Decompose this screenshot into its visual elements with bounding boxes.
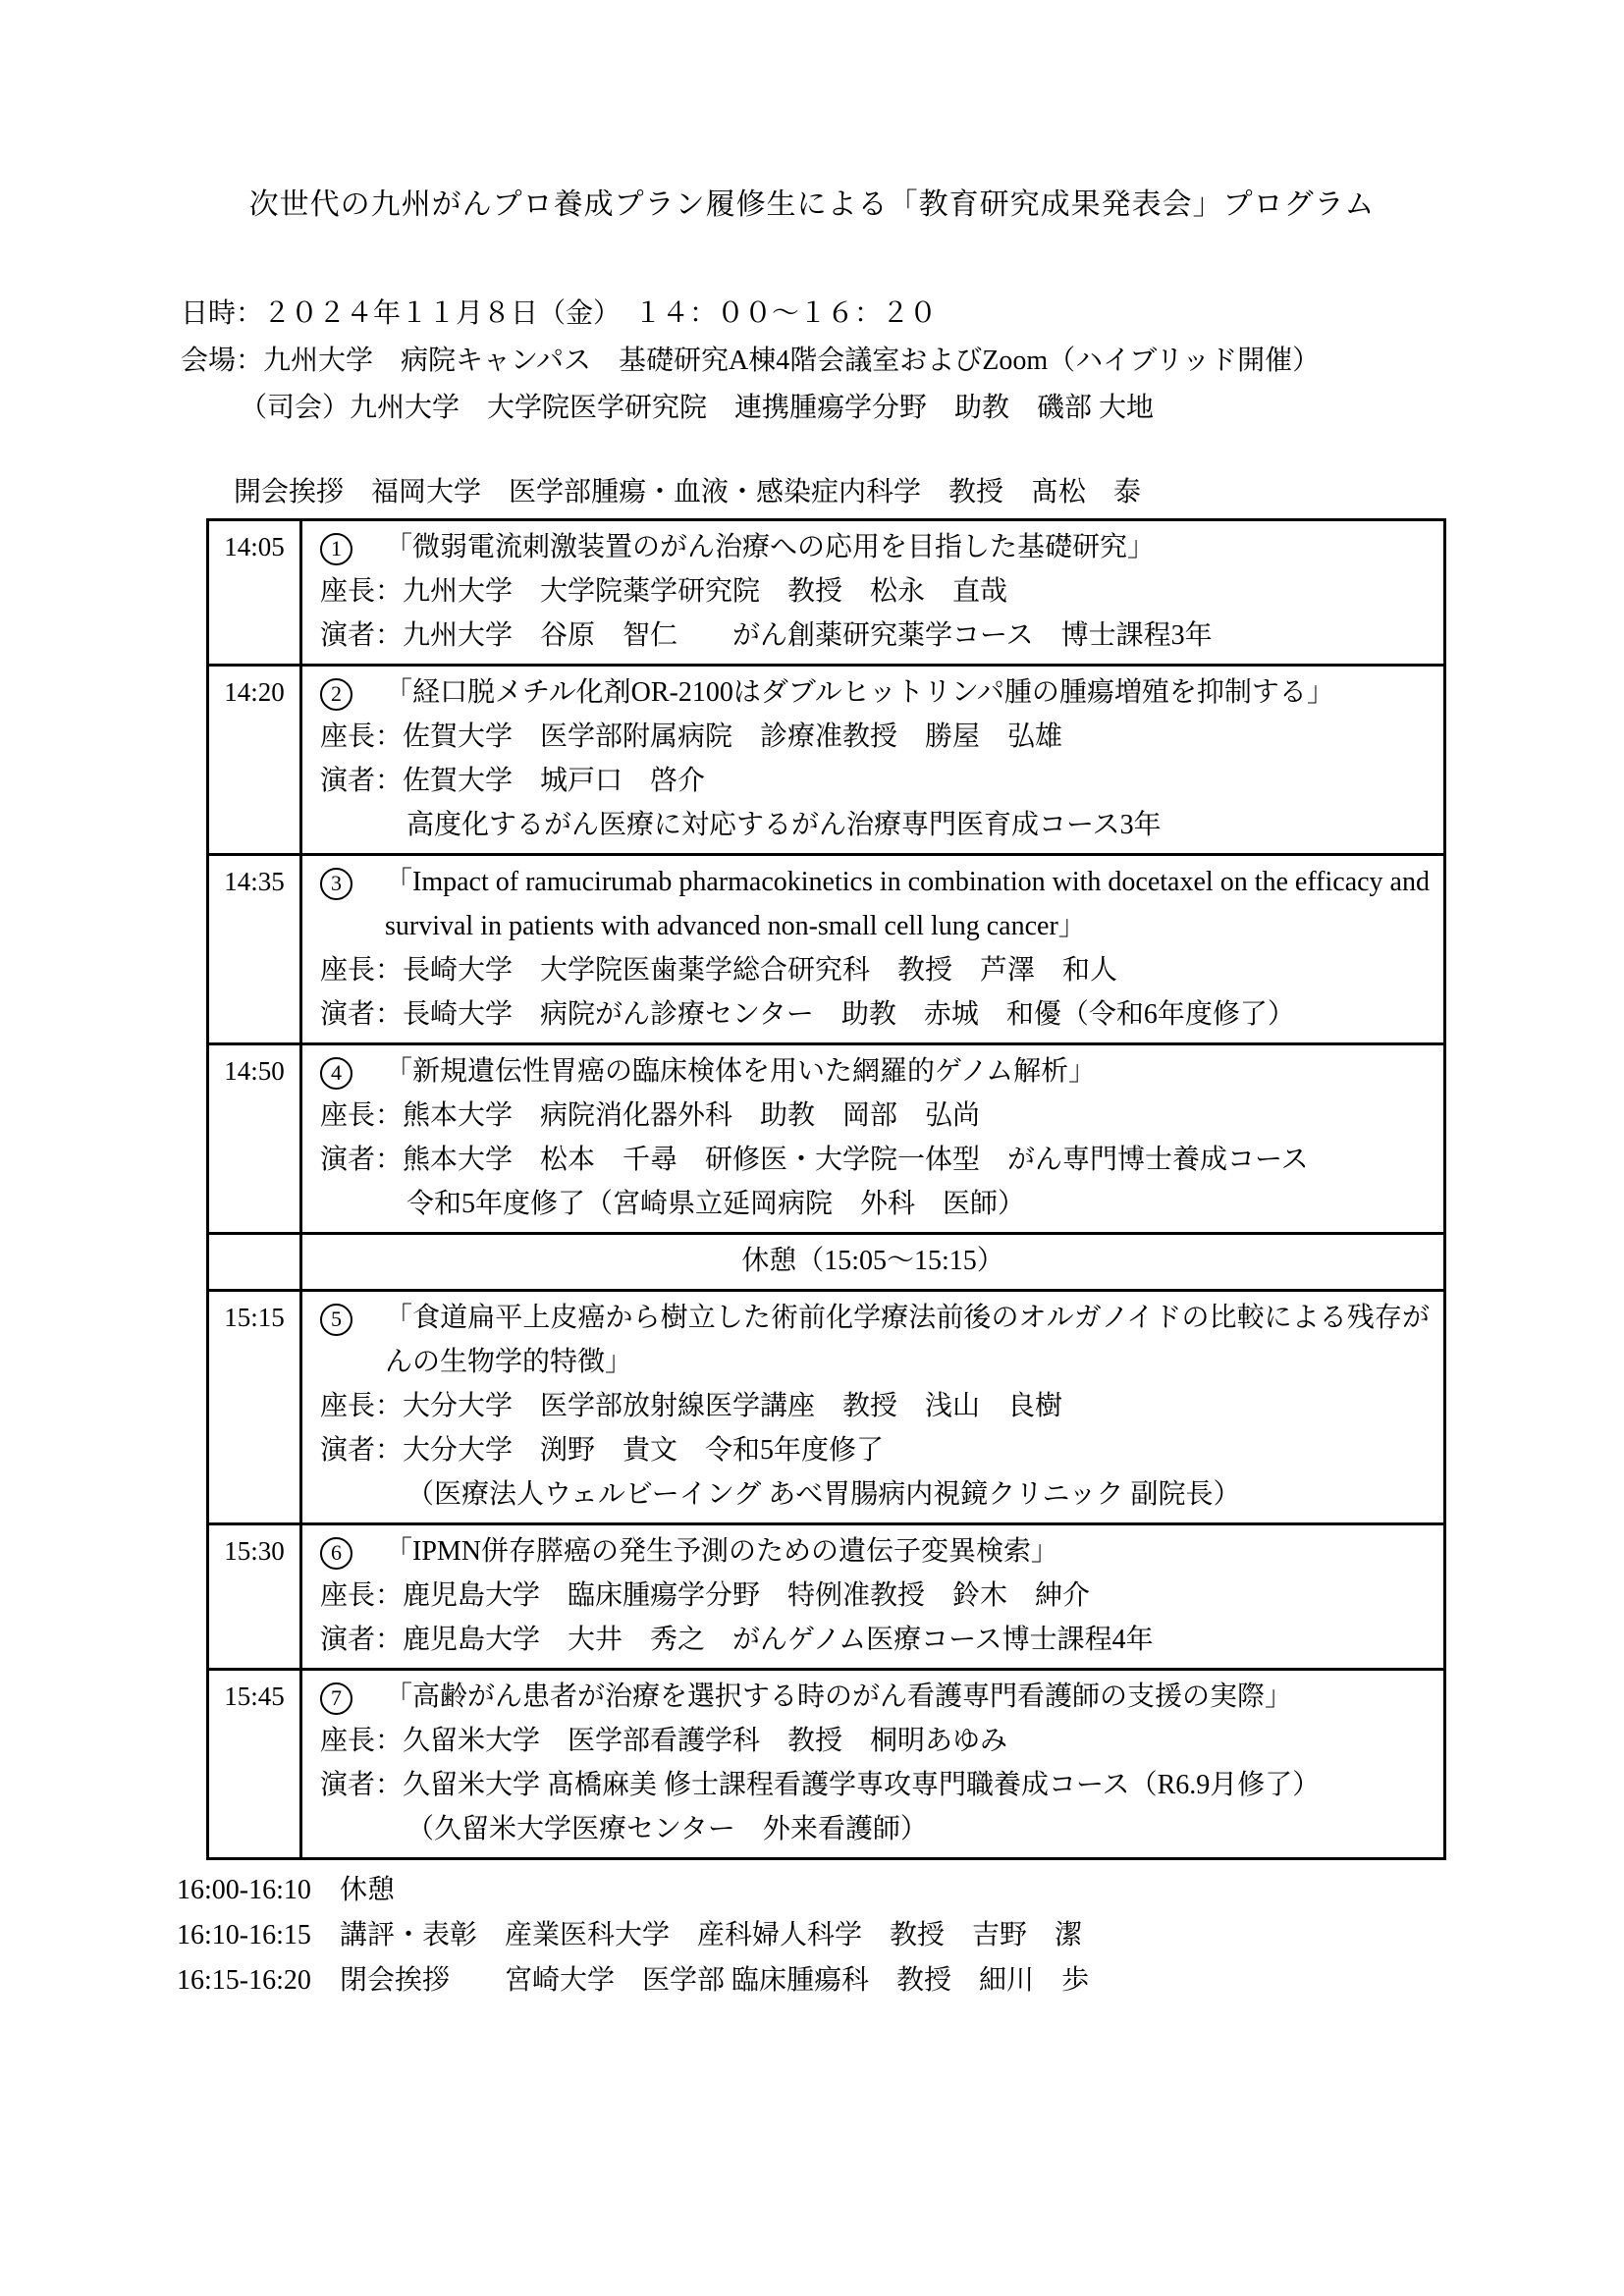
session-speaker: 演者：九州大学 谷原 智仁 がん創薬研究薬学コース 博士課程3年 bbox=[320, 614, 1430, 658]
session-speaker: 演者：大分大学 渕野 貴文 令和5年度修了 bbox=[320, 1428, 1430, 1472]
event-venue: 会場：九州大学 病院キャンパス 基礎研究A棟4階会議室およびZoom（ハイブリッ… bbox=[181, 338, 1624, 385]
program-schedule-table: 14:05 1 「微弱電流刺激装置のがん治療への応用を目指した基礎研究」 座長：… bbox=[206, 518, 1446, 1860]
session-title: 「Impact of ramucirumab pharmacokinetics … bbox=[385, 860, 1430, 948]
session-time: 15:45 bbox=[208, 1670, 301, 1859]
session-number: 4 bbox=[320, 1049, 385, 1094]
session-row: 15:15 5 「食道扁平上皮癌から樹立した術前化学療法前後のオルガノイドの比較… bbox=[208, 1291, 1445, 1524]
closing-section: 16:00-16:10 休憩 16:10-16:15 講評・表彰 産業医科大学 … bbox=[177, 1868, 1624, 2003]
session-extra: 高度化するがん医療に対応するがん治療専門医育成コース3年 bbox=[320, 803, 1430, 847]
session-number: 7 bbox=[320, 1675, 385, 1719]
circled-number-icon: 1 bbox=[320, 533, 352, 565]
session-number: 3 bbox=[320, 860, 385, 904]
break-label: 休憩（15:05～15:15） bbox=[301, 1234, 1445, 1291]
session-speaker: 演者：鹿児島大学 大井 秀之 がんゲノム医療コース博士課程4年 bbox=[320, 1618, 1430, 1662]
session-chair: 座長：大分大学 医学部放射線医学講座 教授 浅山 良樹 bbox=[320, 1384, 1430, 1428]
session-title-line: 4 「新規遺伝性胃癌の臨床検体を用いた網羅的ゲノム解析」 bbox=[320, 1049, 1430, 1094]
session-title-line: 5 「食道扁平上皮癌から樹立した術前化学療法前後のオルガノイドの比較による残存が… bbox=[320, 1296, 1430, 1384]
session-chair: 座長：鹿児島大学 臨床腫瘍学分野 特例准教授 鈴木 紳介 bbox=[320, 1574, 1430, 1618]
session-chair: 座長：熊本大学 病院消化器外科 助教 岡部 弘尚 bbox=[320, 1094, 1430, 1138]
session-row: 14:05 1 「微弱電流刺激装置のがん治療への応用を目指した基礎研究」 座長：… bbox=[208, 520, 1445, 666]
break-row: 休憩（15:05～15:15） bbox=[208, 1234, 1445, 1291]
opening-remarks: 開会挨拶 福岡大学 医学部腫瘍・血液・感染症内科学 教授 髙松 泰 bbox=[234, 469, 1624, 516]
session-speaker: 演者：佐賀大学 城戸口 啓介 bbox=[320, 759, 1430, 803]
program-document: 次世代の九州がんプロ養成プラン履修生による「教育研究成果発表会」プログラム 日時… bbox=[0, 0, 1624, 2296]
session-title-line: 3 「Impact of ramucirumab pharmacokinetic… bbox=[320, 860, 1430, 948]
closing-item: 16:00-16:10 休憩 bbox=[177, 1868, 1624, 1913]
session-title: 「IPMN併存膵癌の発生予測のための遺伝子変異検索」 bbox=[385, 1529, 1430, 1574]
session-speaker: 演者：久留米大学 髙橋麻美 修士課程看護学専攻専門職養成コース（R6.9月修了） bbox=[320, 1763, 1430, 1807]
session-number: 5 bbox=[320, 1296, 385, 1340]
session-time: 14:20 bbox=[208, 666, 301, 855]
session-speaker: 演者：長崎大学 病院がん診療センター 助教 赤城 和優（令和6年度修了） bbox=[320, 992, 1430, 1037]
session-row: 15:30 6 「IPMN併存膵癌の発生予測のための遺伝子変異検索」 座長：鹿児… bbox=[208, 1524, 1445, 1670]
closing-text: 休憩 bbox=[340, 1868, 1624, 1913]
closing-time: 16:10-16:15 bbox=[177, 1913, 340, 1958]
session-title-line: 6 「IPMN併存膵癌の発生予測のための遺伝子変異検索」 bbox=[320, 1529, 1430, 1574]
session-time: 15:30 bbox=[208, 1524, 301, 1670]
closing-time: 16:00-16:10 bbox=[177, 1868, 340, 1913]
session-number: 2 bbox=[320, 670, 385, 715]
session-extra: （医療法人ウェルビーイング あべ胃腸病内視鏡クリニック 副院長） bbox=[320, 1472, 1430, 1517]
session-title: 「微弱電流刺激装置のがん治療への応用を目指した基礎研究」 bbox=[385, 525, 1430, 569]
session-time: 14:05 bbox=[208, 520, 301, 666]
session-title-line: 7 「高齢がん患者が治療を選択する時のがん看護専門看護師の支援の実際」 bbox=[320, 1675, 1430, 1719]
session-extra: （久留米大学医療センター 外来看護師） bbox=[320, 1807, 1430, 1851]
event-datetime: 日時：２０２４年１１月８日（金） １４：００～１６：２０ bbox=[181, 291, 1624, 338]
session-content: 7 「高齢がん患者が治療を選択する時のがん看護専門看護師の支援の実際」 座長：久… bbox=[301, 1670, 1445, 1859]
closing-item: 16:10-16:15 講評・表彰 産業医科大学 産科婦人科学 教授 吉野 潔 bbox=[177, 1913, 1624, 1958]
session-content: 2 「経口脱メチル化剤OR-2100はダブルヒットリンパ腫の腫瘍増殖を抑制する」… bbox=[301, 666, 1445, 855]
session-title: 「高齢がん患者が治療を選択する時のがん看護専門看護師の支援の実際」 bbox=[385, 1675, 1430, 1719]
closing-time: 16:15-16:20 bbox=[177, 1958, 340, 2003]
page-title: 次世代の九州がんプロ養成プラン履修生による「教育研究成果発表会」プログラム bbox=[0, 187, 1624, 224]
event-moderator: （司会）九州大学 大学院医学研究院 連携腫瘍学分野 助教 磯部 大地 bbox=[181, 385, 1624, 432]
session-title: 「新規遺伝性胃癌の臨床検体を用いた網羅的ゲノム解析」 bbox=[385, 1049, 1430, 1094]
session-chair: 座長：佐賀大学 医学部附属病院 診療准教授 勝屋 弘雄 bbox=[320, 715, 1430, 759]
circled-number-icon: 5 bbox=[320, 1304, 352, 1336]
session-content: 4 「新規遺伝性胃癌の臨床検体を用いた網羅的ゲノム解析」 座長：熊本大学 病院消… bbox=[301, 1044, 1445, 1234]
session-content: 3 「Impact of ramucirumab pharmacokinetic… bbox=[301, 855, 1445, 1044]
event-meta: 日時：２０２４年１１月８日（金） １４：００～１６：２０ 会場：九州大学 病院キ… bbox=[181, 291, 1624, 432]
closing-text: 講評・表彰 産業医科大学 産科婦人科学 教授 吉野 潔 bbox=[340, 1913, 1624, 1958]
session-row: 15:45 7 「高齢がん患者が治療を選択する時のがん看護専門看護師の支援の実際… bbox=[208, 1670, 1445, 1859]
circled-number-icon: 7 bbox=[320, 1682, 352, 1715]
session-row: 14:50 4 「新規遺伝性胃癌の臨床検体を用いた網羅的ゲノム解析」 座長：熊本… bbox=[208, 1044, 1445, 1234]
session-time: 14:35 bbox=[208, 855, 301, 1044]
circled-number-icon: 4 bbox=[320, 1057, 352, 1090]
session-time: 14:50 bbox=[208, 1044, 301, 1234]
session-chair: 座長：久留米大学 医学部看護学科 教授 桐明あゆみ bbox=[320, 1719, 1430, 1763]
session-extra: 令和5年度修了（宮崎県立延岡病院 外科 医師） bbox=[320, 1182, 1430, 1226]
circled-number-icon: 6 bbox=[320, 1537, 352, 1570]
session-title: 「経口脱メチル化剤OR-2100はダブルヒットリンパ腫の腫瘍増殖を抑制する」 bbox=[385, 670, 1430, 715]
closing-item: 16:15-16:20 閉会挨拶 宮崎大学 医学部 臨床腫瘍科 教授 細川 歩 bbox=[177, 1958, 1624, 2003]
session-number: 6 bbox=[320, 1529, 385, 1574]
session-title: 「食道扁平上皮癌から樹立した術前化学療法前後のオルガノイドの比較による残存がんの… bbox=[385, 1296, 1430, 1384]
session-content: 1 「微弱電流刺激装置のがん治療への応用を目指した基礎研究」 座長：九州大学 大… bbox=[301, 520, 1445, 666]
circled-number-icon: 3 bbox=[320, 868, 352, 900]
session-speaker: 演者：熊本大学 松本 千尋 研修医・大学院一体型 がん専門博士養成コース bbox=[320, 1138, 1430, 1182]
session-chair: 座長：九州大学 大学院薬学研究院 教授 松永 直哉 bbox=[320, 569, 1430, 614]
break-time-empty bbox=[208, 1234, 301, 1291]
session-title-line: 1 「微弱電流刺激装置のがん治療への応用を目指した基礎研究」 bbox=[320, 525, 1430, 569]
circled-number-icon: 2 bbox=[320, 678, 352, 711]
session-content: 6 「IPMN併存膵癌の発生予測のための遺伝子変異検索」 座長：鹿児島大学 臨床… bbox=[301, 1524, 1445, 1670]
schedule-body: 14:05 1 「微弱電流刺激装置のがん治療への応用を目指した基礎研究」 座長：… bbox=[208, 520, 1445, 1859]
session-title-line: 2 「経口脱メチル化剤OR-2100はダブルヒットリンパ腫の腫瘍増殖を抑制する」 bbox=[320, 670, 1430, 715]
session-row: 14:20 2 「経口脱メチル化剤OR-2100はダブルヒットリンパ腫の腫瘍増殖… bbox=[208, 666, 1445, 855]
session-time: 15:15 bbox=[208, 1291, 301, 1524]
session-content: 5 「食道扁平上皮癌から樹立した術前化学療法前後のオルガノイドの比較による残存が… bbox=[301, 1291, 1445, 1524]
session-chair: 座長：長崎大学 大学院医歯薬学総合研究科 教授 芦澤 和人 bbox=[320, 948, 1430, 992]
session-number: 1 bbox=[320, 525, 385, 569]
session-row: 14:35 3 「Impact of ramucirumab pharmacok… bbox=[208, 855, 1445, 1044]
closing-text: 閉会挨拶 宮崎大学 医学部 臨床腫瘍科 教授 細川 歩 bbox=[340, 1958, 1624, 2003]
